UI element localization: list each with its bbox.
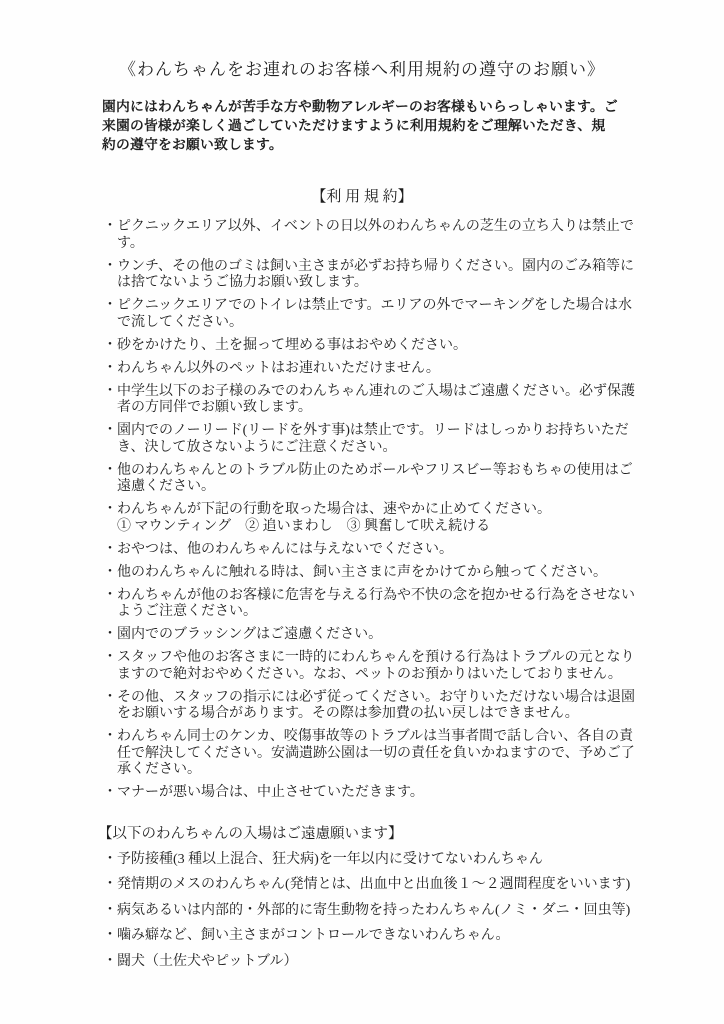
rule-item: ・スタッフや他のお客さまに一時的にわんちゃんを預ける行為はトラブルの元となります…	[103, 650, 637, 683]
bullet-marker: ・	[103, 502, 117, 519]
rule-text: おやつは、他のわんちゃんには与えないでください。	[117, 542, 453, 557]
bullet-marker: ・	[103, 953, 117, 970]
rule-subline: ① マウンティング ② 追いまわし ③ 興奮して吠え続ける	[117, 519, 637, 536]
rule-text: 中学生以下のお子様のみでのわんちゃん連れのご入場はご遠慮ください。必ず保護者の方…	[117, 384, 635, 416]
bullet-marker: ・	[103, 384, 117, 401]
rule-item: ・園内でのブラッシングはご遠慮ください。	[103, 627, 637, 644]
bullet-marker: ・	[103, 219, 117, 236]
rule-text: わんちゃん同士のケンカ、咬傷事故等のトラブルは当事者間で話し合い、各自の責任で解…	[117, 729, 635, 777]
rule-text: ピクニックエリア以外、イベントの日以外のわんちゃんの芝生の立ち入りは禁止です。	[117, 219, 634, 251]
rule-text: 他のわんちゃんに触れる時は、飼い主さまに声をかけてから触ってください。	[117, 565, 607, 580]
bullet-marker: ・	[103, 565, 117, 582]
bullet-marker: ・	[103, 851, 117, 868]
rule-item: ・ピクニックエリア以外、イベントの日以外のわんちゃんの芝生の立ち入りは禁止です。	[103, 219, 637, 252]
rule-item: ・わんちゃんが下記の行動を取った場合は、速やかに止めてください。① マウンティン…	[103, 502, 637, 535]
document-title: 《わんちゃんをお連れのお客様へ利用規約の遵守のお願い》	[40, 58, 684, 82]
rule-text: わんちゃんが下記の行動を取った場合は、速やかに止めてください。	[117, 502, 551, 517]
bullet-marker: ・	[103, 259, 117, 276]
rule-item: ・わんちゃんが他のお客様に危害を与える行為や不快の念を抱かせる行為をさせないよう…	[103, 588, 637, 621]
rule-text: ウンチ、その他のゴミは飼い主さまが必ずお持ち帰りください。園内のごみ箱等には捨て…	[117, 259, 634, 291]
rule-text: 砂をかけたり、土を掘って埋める事はおやめください。	[117, 338, 467, 353]
rule-text: わんちゃんが他のお客様に危害を与える行為や不快の念を抱かせる行為をさせないようご…	[117, 588, 635, 620]
rule-item: ・おやつは、他のわんちゃんには与えないでください。	[103, 542, 637, 559]
rule-item: ・他のわんちゃんに触れる時は、飼い主さまに声をかけてから触ってください。	[103, 565, 637, 582]
rule-text: 予防接種(3 種以上混合、狂犬病)を一年以内に受けてないわんちゃん	[117, 852, 543, 867]
bullet-marker: ・	[103, 588, 117, 605]
bullet-marker: ・	[103, 902, 117, 919]
restricted-section-heading: 【以下のわんちゃんの入場はご遠慮願います】	[98, 825, 724, 843]
rule-item: ・中学生以下のお子様のみでのわんちゃん連れのご入場はご遠慮ください。必ず保護者の…	[103, 384, 637, 417]
bullet-marker: ・	[103, 627, 117, 644]
bullet-marker: ・	[103, 729, 117, 746]
rule-item: ・園内でのノーリード(リードを外す事)は禁止です。リードはしっかりお持ちいただき…	[103, 423, 637, 456]
bullet-marker: ・	[103, 690, 117, 707]
rule-text: 発情期のメスのわんちゃん(発情とは、出血中と出血後１～２週間程度をいいます)	[117, 877, 630, 892]
rule-text: マナーが悪い場合は、中止させていただきます。	[117, 785, 424, 800]
rule-text: 園内でのノーリード(リードを外す事)は禁止です。リードはしっかりお持ちいただき、…	[117, 423, 629, 455]
bullet-marker: ・	[103, 927, 117, 944]
rule-text: その他、スタッフの指示には必ず従ってください。お守りいただけない場合は退園をお願…	[117, 690, 635, 722]
rule-text: ピクニックエリアでのトイレは禁止です。エリアの外でマーキングをした場合は水で流し…	[117, 298, 632, 330]
bullet-marker: ・	[103, 361, 117, 378]
rule-item: ・ピクニックエリアでのトイレは禁止です。エリアの外でマーキングをした場合は水で流…	[103, 298, 637, 331]
rule-item: ・闘犬（土佐犬やピットブル）	[103, 953, 637, 970]
bullet-marker: ・	[103, 785, 117, 802]
rule-text: 病気あるいは内部的・外部的に寄生動物を持ったわんちゃん(ノミ・ダニ・回虫等)	[117, 903, 630, 918]
rule-item: ・わんちゃん以外のペットはお連れいただけません。	[103, 361, 637, 378]
rule-item: ・マナーが悪い場合は、中止させていただきます。	[103, 785, 637, 802]
rules-section-heading: 【利 用 規 約】	[0, 187, 724, 207]
bullet-marker: ・	[103, 338, 117, 355]
rule-text: わんちゃん以外のペットはお連れいただけません。	[117, 361, 440, 376]
restricted-dogs-list: ・予防接種(3 種以上混合、狂犬病)を一年以内に受けてないわんちゃん・発情期のメ…	[103, 851, 637, 970]
rule-item: ・発情期のメスのわんちゃん(発情とは、出血中と出血後１～２週間程度をいいます)	[103, 876, 637, 893]
rule-text: 他のわんちゃんとのトラブル防止のためボールやフリスビー等おもちゃの使用はご遠慮く…	[117, 463, 633, 495]
bullet-marker: ・	[103, 423, 117, 440]
rule-text: 園内でのブラッシングはご遠慮ください。	[117, 627, 382, 642]
bullet-marker: ・	[103, 463, 117, 480]
rule-item: ・その他、スタッフの指示には必ず従ってください。お守りいただけない場合は退園をお…	[103, 690, 637, 723]
rule-text: 闘犬（土佐犬やピットブル）	[117, 954, 297, 969]
rule-text: スタッフや他のお客さまに一時的にわんちゃんを預ける行為はトラブルの元となりますの…	[117, 650, 634, 682]
rule-item: ・予防接種(3 種以上混合、狂犬病)を一年以内に受けてないわんちゃん	[103, 851, 637, 868]
rule-item: ・噛み癖など、飼い主さまがコントロールできないわんちゃん。	[103, 927, 637, 944]
bullet-marker: ・	[103, 876, 117, 893]
rule-item: ・わんちゃん同士のケンカ、咬傷事故等のトラブルは当事者間で話し合い、各自の責任で…	[103, 729, 637, 779]
bullet-marker: ・	[103, 650, 117, 667]
bullet-marker: ・	[103, 298, 117, 315]
rule-item: ・他のわんちゃんとのトラブル防止のためボールやフリスビー等おもちゃの使用はご遠慮…	[103, 463, 637, 496]
document-page: 《わんちゃんをお連れのお客様へ利用規約の遵守のお願い》 園内にはわんちゃんが苦手…	[0, 0, 724, 1024]
rule-item: ・砂をかけたり、土を掘って埋める事はおやめください。	[103, 338, 637, 355]
bullet-marker: ・	[103, 542, 117, 559]
intro-paragraph: 園内にはわんちゃんが苦手な方や動物アレルギーのお客様もいらっしゃいます。ご来園の…	[102, 97, 618, 154]
rules-list: ・ピクニックエリア以外、イベントの日以外のわんちゃんの芝生の立ち入りは禁止です。…	[103, 219, 637, 802]
rule-item: ・ウンチ、その他のゴミは飼い主さまが必ずお持ち帰りください。園内のごみ箱等には捨…	[103, 259, 637, 292]
rule-text: 噛み癖など、飼い主さまがコントロールできないわんちゃん。	[117, 928, 510, 943]
rule-item: ・病気あるいは内部的・外部的に寄生動物を持ったわんちゃん(ノミ・ダニ・回虫等)	[103, 902, 637, 919]
